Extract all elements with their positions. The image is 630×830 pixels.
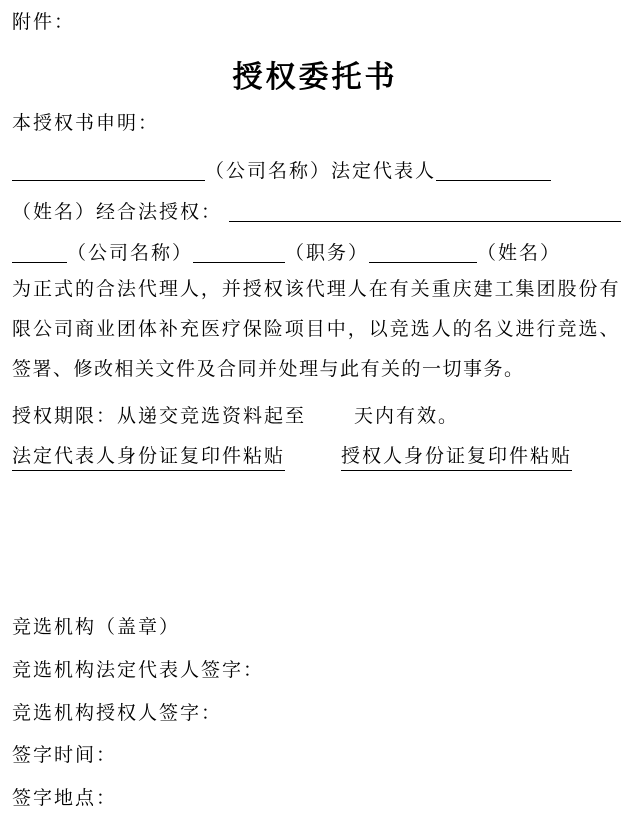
agent-company-label: （公司名称）	[67, 243, 193, 264]
blank-agent-name	[369, 243, 477, 263]
fill-line-agent-info: （公司名称）（职务）（姓名）	[12, 238, 561, 265]
blank-agent-company	[12, 243, 67, 263]
agent-position-label: （职务）	[285, 243, 369, 264]
fill-line-authorization: （姓名）经合法授权：	[12, 197, 621, 224]
document-page: 附件： 授权委托书 本授权书申明： （公司名称）法定代表人 （姓名）经合法授权：…	[0, 0, 630, 830]
authorized-id-paste-label: 授权人身份证复印件粘贴	[341, 446, 572, 471]
agent-name-label: （姓名）	[477, 243, 561, 264]
term-line: 授权期限：从递交竞选资料起至天内有效。	[12, 401, 459, 428]
blank-legal-rep-name	[436, 161, 551, 181]
term-suffix: 天内有效。	[354, 406, 459, 427]
attachment-label: 附件：	[12, 7, 75, 34]
id-paste-line: 法定代表人身份证复印件粘贴授权人身份证复印件粘贴	[12, 441, 572, 468]
signature-line-org-seal: 竞选机构（盖章）	[12, 612, 180, 639]
blank-agent-position	[193, 243, 285, 263]
document-title: 授权委托书	[0, 52, 630, 96]
name-authorization-label: （姓名）经合法授权：	[12, 202, 222, 223]
legal-rep-id-paste-label: 法定代表人身份证复印件粘贴	[12, 446, 285, 471]
signature-line-place: 签字地点：	[12, 783, 117, 810]
declaration-label: 本授权书申明：	[12, 108, 159, 135]
blank-company-name	[12, 161, 205, 181]
company-legal-rep-label: （公司名称）法定代表人	[205, 161, 436, 182]
fill-line-company-legal-rep: （公司名称）法定代表人	[12, 156, 551, 183]
authorization-body-paragraph: 为正式的合法代理人，并授权该代理人在有关重庆建工集团股份有限公司商业团体补充医疗…	[12, 270, 620, 390]
signature-line-legal-rep: 竞选机构法定代表人签字：	[12, 655, 264, 682]
signature-line-time: 签字时间：	[12, 740, 117, 767]
term-prefix: 授权期限：从递交竞选资料起至	[12, 406, 306, 427]
blank-authorized-person	[229, 202, 621, 222]
signature-line-authorized-person: 竞选机构授权人签字：	[12, 698, 222, 725]
